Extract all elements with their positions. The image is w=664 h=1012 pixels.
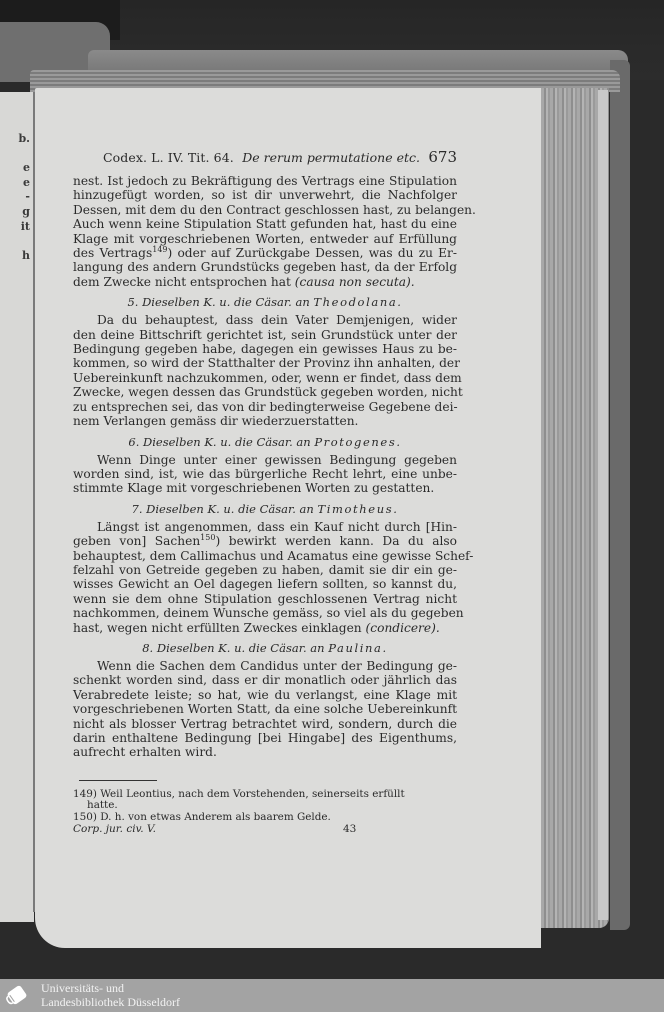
footnote-ref-150[interactable]: 150 xyxy=(200,533,215,542)
paragraph-7: Längst ist angenommen, dass ein Kauf nic… xyxy=(73,520,457,635)
text-line: zu entsprechen sei, das von dir bedingte… xyxy=(73,400,457,414)
left-fragment: e xyxy=(0,161,30,176)
book-icon xyxy=(4,982,30,1008)
footnote-mark: 149) xyxy=(73,788,97,800)
text-line: Wenn die Sachen dem Candidus unter der B… xyxy=(73,659,457,673)
section-addressee: Protogenes. xyxy=(314,435,401,449)
text-line: hast, wegen nicht erfüllten Zweckes eink… xyxy=(73,621,457,635)
text-line: nem Verlangen gemäss dir wiederzuerstatt… xyxy=(73,414,457,428)
text-line: Längst ist angenommen, dass ein Kauf nic… xyxy=(73,520,457,534)
signature-title: Corp. jur. civ. V. xyxy=(73,823,343,835)
running-head-citation: Codex. L. IV. Tit. 64. xyxy=(103,150,234,165)
footnote-ref-149[interactable]: 149 xyxy=(152,245,167,254)
section-addressee: Theodolana. xyxy=(313,295,402,309)
text-line: vorgeschriebenen Worten Statt, da eine s… xyxy=(73,702,457,716)
section-addressee: Paulina. xyxy=(328,641,388,655)
text-line: Verabredete leiste; so hat, wie du verla… xyxy=(73,688,457,702)
text-line: darin enthaltene Bedingung [bei Hingabe]… xyxy=(73,731,457,745)
section-heading-5: 5. Dieselben K. u. die Cäsar. an Theodol… xyxy=(73,294,457,310)
text-line: den deine Bittschrift gerichtet ist, sei… xyxy=(73,328,457,342)
left-fragment: it xyxy=(0,220,30,235)
left-fragment: - xyxy=(0,190,30,205)
left-fragment: g xyxy=(0,205,30,220)
section-heading-8: 8. Dieselben K. u. die Cäsar. an Paulina… xyxy=(73,640,457,656)
section-prefix: 7. Dieselben K. u. die Cäsar. an xyxy=(132,502,314,516)
library-name[interactable]: Universitäts- und Landesbibliothek Düsse… xyxy=(41,982,180,1009)
text-line: worden sind, ist, wie das bürgerliche Re… xyxy=(73,467,457,481)
library-name-line-1: Universitäts- und xyxy=(41,982,180,996)
page-fore-edge-highlight xyxy=(598,90,608,920)
text-line: nachkommen, deinem Wunsche gemäss, so vi… xyxy=(73,606,457,620)
text-segment: ) oder auf Zurückgabe Dessen, was du zu … xyxy=(168,246,457,260)
text-line: felzahl von Getreide gegeben zu haben, d… xyxy=(73,563,457,577)
text-line: Auch wenn keine Stipulation Statt gefund… xyxy=(73,217,457,231)
printer-signature: Corp. jur. civ. V. 43 xyxy=(73,823,457,835)
paragraph-continuation: nest. Ist jedoch zu Bekräftigung des Ver… xyxy=(73,174,457,289)
left-page-fragments: b. e e - g it h xyxy=(0,132,30,263)
text-line: Bedingung gegeben habe, dagegen ein gewi… xyxy=(73,342,457,356)
footnote-text: Weil Leontius, nach dem Vorstehenden, se… xyxy=(100,788,404,800)
text-line: Da du behauptest, dass dein Vater Demjen… xyxy=(73,313,457,327)
left-fragment: b. xyxy=(0,132,30,147)
running-head-title: De rerum permutatione etc. xyxy=(242,150,420,165)
left-fragment xyxy=(0,234,30,249)
text-line: wisses Gewicht an Oel dagegen liefern so… xyxy=(73,577,457,591)
signature-number: 43 xyxy=(343,823,356,835)
text-line: wenn sie dem ohne Stipulation geschlosse… xyxy=(73,592,457,606)
left-fragment xyxy=(0,147,30,162)
section-heading-6: 6. Dieselben K. u. die Cäsar. an Protoge… xyxy=(73,434,457,450)
text-line: Uebereinkunft nachzukommen, oder, wenn e… xyxy=(73,371,457,385)
text-segment: des Vertrags xyxy=(73,246,152,260)
footnote-text: D. h. von etwas Anderem als baarem Gelde… xyxy=(100,811,331,823)
paragraph-6: Wenn Dinge unter einer gewissen Bedingun… xyxy=(73,453,457,496)
section-prefix: 5. Dieselben K. u. die Cäsar. an xyxy=(127,295,309,309)
paragraph-8: Wenn die Sachen dem Candidus unter der B… xyxy=(73,659,457,760)
section-prefix: 8. Dieselben K. u. die Cäsar. an xyxy=(142,641,324,655)
left-fragment: e xyxy=(0,176,30,191)
footnote-149: 149) Weil Leontius, nach dem Vorstehende… xyxy=(73,789,457,812)
text-line: des Vertrags149) oder auf Zurückgabe Des… xyxy=(73,246,457,260)
text-line: stimmte Klage mit vorgeschriebenen Worte… xyxy=(73,481,457,495)
library-footer: Universitäts- und Landesbibliothek Düsse… xyxy=(0,979,664,1012)
text-segment: geben von] Sachen xyxy=(73,534,200,548)
text-line: dem Zwecke nicht entsprochen hat (causa … xyxy=(73,275,457,289)
text-line: geben von] Sachen150) bewirkt werden kan… xyxy=(73,534,457,548)
text-segment: dem Zwecke nicht entsprochen hat xyxy=(73,275,291,289)
book-cover-right-edge xyxy=(610,60,630,930)
left-fragment: h xyxy=(0,249,30,264)
footnote-divider xyxy=(79,780,157,781)
footnote-mark: 150) xyxy=(73,811,97,823)
text-line: kommen, so wird der Statthalter der Prov… xyxy=(73,356,457,370)
text-line: hinzugefügt worden, so ist dir unverwehr… xyxy=(73,188,457,202)
footnote-150: 150) D. h. von etwas Anderem als baarem … xyxy=(73,812,457,824)
left-page: b. e e - g it h xyxy=(0,92,34,922)
latin-term: (condicere). xyxy=(366,621,440,635)
text-line: Wenn Dinge unter einer gewissen Bedingun… xyxy=(73,453,457,467)
page-number: 673 xyxy=(428,148,457,166)
page-content: Codex. L. IV. Tit. 64. De rerum permutat… xyxy=(73,148,457,835)
text-line: behauptest, dem Callimachus und Acamatus… xyxy=(73,549,457,563)
text-line: schenkt worden sind, dass er dir monatli… xyxy=(73,673,457,687)
text-line: nicht als blosser Vertrag betrachtet wir… xyxy=(73,717,457,731)
text-line: aufrecht erhalten wird. xyxy=(73,745,457,759)
text-line: langung des andern Grundstücks gegeben h… xyxy=(73,260,457,274)
library-name-line-2: Landesbibliothek Düsseldorf xyxy=(41,996,180,1010)
text-line: Dessen, mit dem du den Contract geschlos… xyxy=(73,203,457,217)
running-head: Codex. L. IV. Tit. 64. De rerum permutat… xyxy=(73,148,457,174)
text-segment: ) bewirkt werden kann. Da du also xyxy=(215,534,457,548)
section-heading-7: 7. Dieselben K. u. die Cäsar. an Timothe… xyxy=(73,501,457,517)
text-segment: hast, wegen nicht erfüllten Zweckes eink… xyxy=(73,621,362,635)
latin-term: (causa non secuta). xyxy=(295,275,415,289)
text-line: nest. Ist jedoch zu Bekräftigung des Ver… xyxy=(73,174,457,188)
text-line: Zwecke, wegen dessen das Grundstück gege… xyxy=(73,385,457,399)
section-prefix: 6. Dieselben K. u. die Cäsar. an xyxy=(128,435,310,449)
text-line: Klage mit vorgeschriebenen Worten, entwe… xyxy=(73,232,457,246)
section-addressee: Timotheus. xyxy=(317,502,398,516)
paragraph-5: Da du behauptest, dass dein Vater Demjen… xyxy=(73,313,457,428)
